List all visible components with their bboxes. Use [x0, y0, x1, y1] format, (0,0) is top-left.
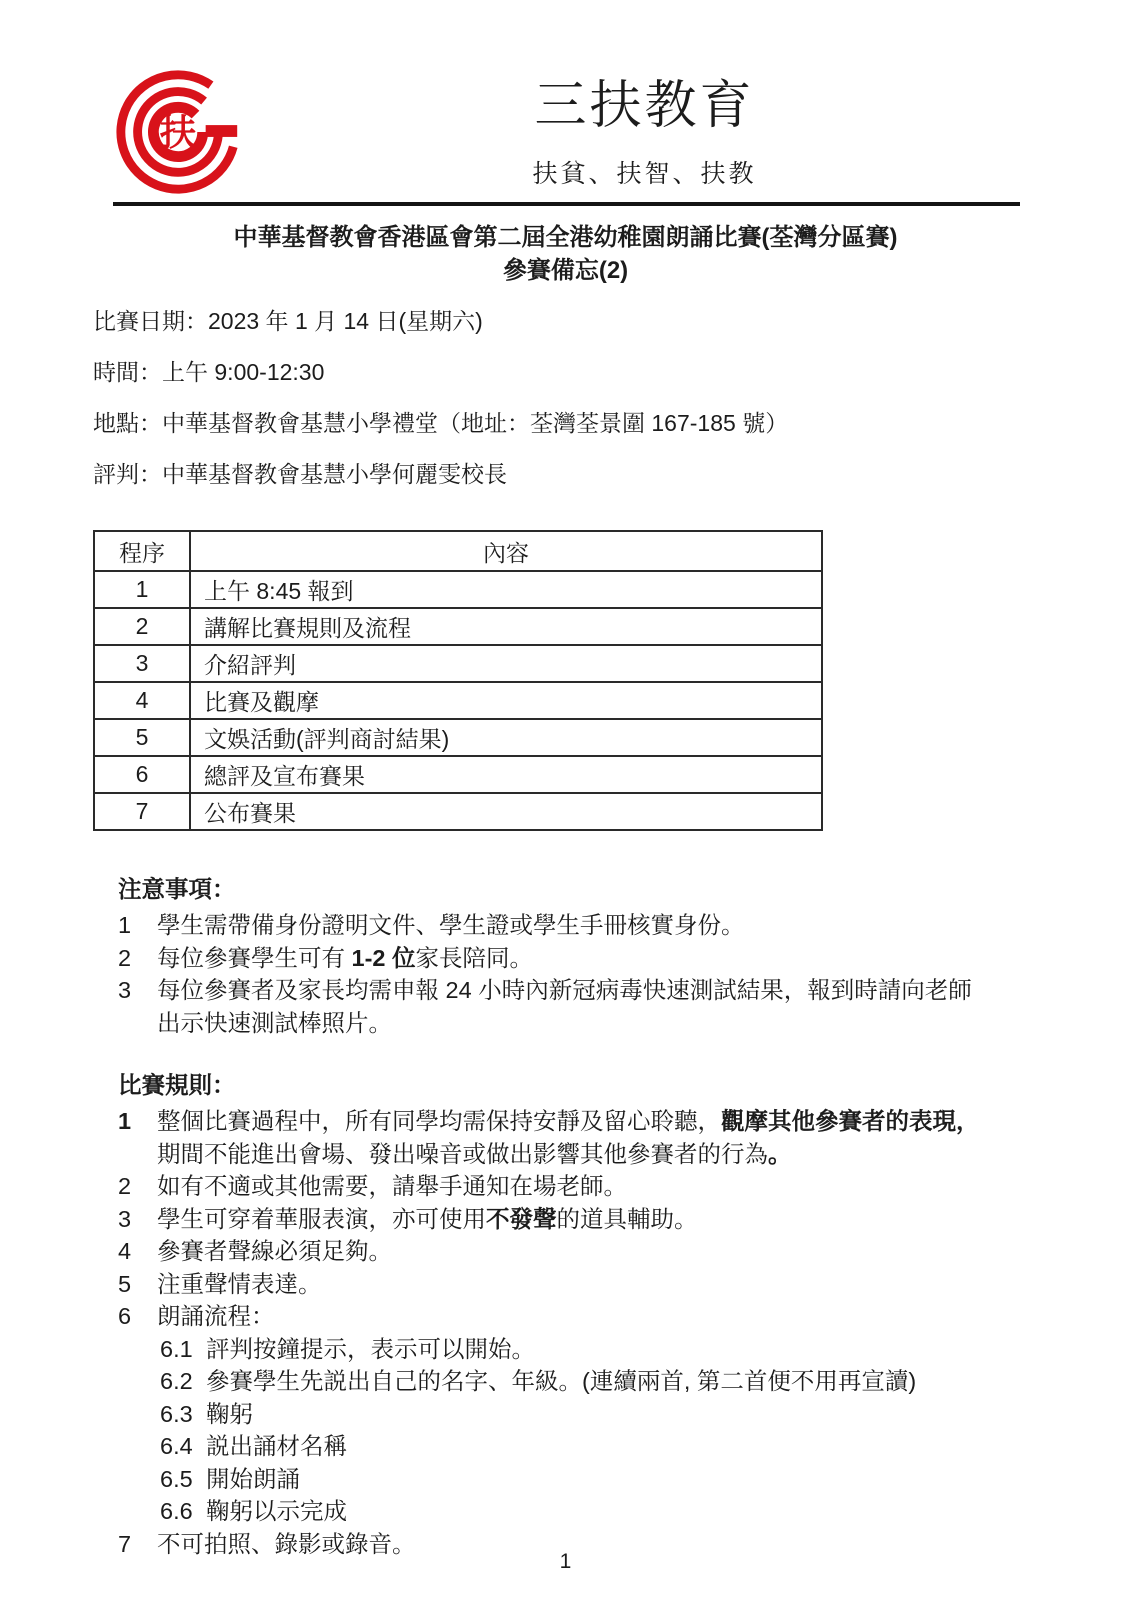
item-text: 鞠躬: [206, 1398, 1038, 1431]
item-number: 2: [118, 942, 157, 975]
letterhead-text: 三扶教育 扶貧、扶智、扶教: [251, 62, 1038, 190]
item-number: 3: [118, 1203, 157, 1236]
item-number: 6.1: [160, 1333, 206, 1366]
table-cell-content: 上午 8:45 報到: [190, 571, 822, 608]
item-text: 每位參賽者及家長均需申報 24 小時內新冠病毒快速測試結果，報到時請向老師出示快…: [157, 974, 1038, 1039]
letterhead: 扶 三扶教育 扶貧、扶智、扶教: [93, 62, 1038, 202]
document-title: 中華基督教會香港區會第二屆全港幼稚園朗誦比賽(荃灣分區賽) 參賽備忘(2): [93, 221, 1038, 287]
table-cell-num: 5: [94, 719, 190, 756]
item-number: 1: [118, 1105, 157, 1170]
sub-rule-item: 6.4 説出誦材名稱: [160, 1430, 1038, 1463]
rule-item: 1 整個比賽過程中，所有同學均需保持安靜及留心聆聽，觀摩其他參賽者的表現，期間不…: [118, 1105, 1038, 1170]
table-cell-content: 總評及宣布賽果: [190, 756, 822, 793]
item-number: 5: [118, 1268, 157, 1301]
table-row: 4 比賽及觀摩: [94, 682, 822, 719]
item-text: 整個比賽過程中，所有同學均需保持安靜及留心聆聽，觀摩其他參賽者的表現，期間不能進…: [157, 1105, 1038, 1170]
item-number: 4: [118, 1235, 157, 1268]
item-text: 如有不適或其他需要，請舉手通知在場老師。: [157, 1170, 1038, 1203]
item-text: 參賽學生先説出自己的名字、年級。(連續兩首, 第二首便不用再宣讀): [206, 1365, 1038, 1398]
item-number: 3: [118, 974, 157, 1039]
item-text: 説出誦材名稱: [206, 1430, 1038, 1463]
three-nested-c-logo-icon: 扶: [113, 62, 251, 202]
header-divider: [113, 202, 1020, 206]
item-number: 6.3: [160, 1398, 206, 1431]
notes-list: 1 學生需帶備身份證明文件、學生證或學生手冊核實身份。 2 每位參賽學生可有 1…: [93, 909, 1038, 1039]
table-cell-content: 講解比賽規則及流程: [190, 608, 822, 645]
schedule-table: 程序 內容 1 上午 8:45 報到 2 講解比賽規則及流程 3 介紹評判 4 …: [93, 530, 823, 831]
rule-item: 2 如有不適或其他需要，請舉手通知在場老師。: [118, 1170, 1038, 1203]
org-name: 三扶教育: [251, 76, 1038, 136]
item-text: 學生需帶備身份證明文件、學生證或學生手冊核實身份。: [157, 909, 1038, 942]
table-cell-content: 比賽及觀摩: [190, 682, 822, 719]
item-text: 評判按鐘提示，表示可以開始。: [206, 1333, 1038, 1366]
info-line-venue: 地點：中華基督教會基慧小學禮堂（地址：荃灣荃景圍 167-185 號）: [93, 398, 1038, 449]
table-cell-num: 6: [94, 756, 190, 793]
item-number: 1: [118, 909, 157, 942]
table-cell-num: 7: [94, 793, 190, 830]
sub-rule-item: 6.3 鞠躬: [160, 1398, 1038, 1431]
document-title-line2: 參賽備忘(2): [93, 254, 1038, 287]
table-row: 5 文娛活動(評判商討結果): [94, 719, 822, 756]
document-title-line1: 中華基督教會香港區會第二屆全港幼稚園朗誦比賽(荃灣分區賽): [93, 221, 1038, 254]
document-page: 扶 三扶教育 扶貧、扶智、扶教 中華基督教會香港區會第二屆全港幼稚園朗誦比賽(荃…: [0, 0, 1131, 1600]
sub-rule-item: 6.1 評判按鐘提示，表示可以開始。: [160, 1333, 1038, 1366]
table-cell-content: 公布賽果: [190, 793, 822, 830]
rules-list: 1 整個比賽過程中，所有同學均需保持安靜及留心聆聽，觀摩其他參賽者的表現，期間不…: [93, 1105, 1038, 1560]
info-line-date: 比賽日期：2023 年 1 月 14 日(星期六): [93, 296, 1038, 347]
table-row: 3 介紹評判: [94, 645, 822, 682]
rule-item: 5 注重聲情表達。: [118, 1268, 1038, 1301]
item-text: 開始朗誦: [206, 1463, 1038, 1496]
sub-rule-item: 6.2 參賽學生先説出自己的名字、年級。(連續兩首, 第二首便不用再宣讀): [160, 1365, 1038, 1398]
page-number: 1: [0, 1550, 1131, 1574]
table-cell-num: 2: [94, 608, 190, 645]
item-text: 學生可穿着華服表演，亦可使用不發聲的道具輔助。: [157, 1203, 1038, 1236]
item-text: 鞠躬以示完成: [206, 1495, 1038, 1528]
rule-item: 3 學生可穿着華服表演，亦可使用不發聲的道具輔助。: [118, 1203, 1038, 1236]
item-number: 6.2: [160, 1365, 206, 1398]
rules-section: 比賽規則： 1 整個比賽過程中，所有同學均需保持安靜及留心聆聽，觀摩其他參賽者的…: [93, 1069, 1038, 1560]
table-cell-num: 4: [94, 682, 190, 719]
info-line-time: 時間：上午 9:00-12:30: [93, 347, 1038, 398]
sub-rule-item: 6.5 開始朗誦: [160, 1463, 1038, 1496]
event-info: 比賽日期：2023 年 1 月 14 日(星期六) 時間：上午 9:00-12:…: [93, 296, 1038, 500]
info-line-judge: 評判：中華基督教會基慧小學何麗雯校長: [93, 449, 1038, 500]
table-row: 7 公布賽果: [94, 793, 822, 830]
rule-item: 4 參賽者聲線必須足夠。: [118, 1235, 1038, 1268]
table-cell-content: 文娛活動(評判商討結果): [190, 719, 822, 756]
item-number: 6: [118, 1300, 157, 1333]
note-item: 3 每位參賽者及家長均需申報 24 小時內新冠病毒快速測試結果，報到時請向老師出…: [118, 974, 1038, 1039]
item-number: 6.4: [160, 1430, 206, 1463]
sub-rule-item: 6.6 鞠躬以示完成: [160, 1495, 1038, 1528]
item-number: 6.6: [160, 1495, 206, 1528]
note-item: 1 學生需帶備身份證明文件、學生證或學生手冊核實身份。: [118, 909, 1038, 942]
table-cell-num: 1: [94, 571, 190, 608]
item-text: 朗誦流程：: [157, 1300, 1038, 1333]
item-number: 2: [118, 1170, 157, 1203]
notes-heading: 注意事項：: [118, 873, 1038, 905]
item-text: 參賽者聲線必須足夠。: [157, 1235, 1038, 1268]
table-cell-num: 3: [94, 645, 190, 682]
rule-item: 6 朗誦流程：: [118, 1300, 1038, 1333]
header-cell-procedure: 程序: [94, 531, 190, 571]
logo-character: 扶: [160, 112, 197, 153]
table-row: 2 講解比賽規則及流程: [94, 608, 822, 645]
logo-bar: [206, 125, 238, 137]
table-cell-content: 介紹評判: [190, 645, 822, 682]
header-cell-content: 內容: [190, 531, 822, 571]
item-number: 6.5: [160, 1463, 206, 1496]
table-row: 1 上午 8:45 報到: [94, 571, 822, 608]
table-row: 6 總評及宣布賽果: [94, 756, 822, 793]
rules-heading: 比賽規則：: [118, 1069, 1038, 1101]
item-text: 注重聲情表達。: [157, 1268, 1038, 1301]
notes-section: 注意事項： 1 學生需帶備身份證明文件、學生證或學生手冊核實身份。 2 每位參賽…: [93, 873, 1038, 1039]
org-slogan: 扶貧、扶智、扶教: [251, 154, 1038, 190]
note-item: 2 每位參賽學生可有 1-2 位家長陪同。: [118, 942, 1038, 975]
table-header-row: 程序 內容: [94, 531, 822, 571]
item-text: 每位參賽學生可有 1-2 位家長陪同。: [157, 942, 1038, 975]
